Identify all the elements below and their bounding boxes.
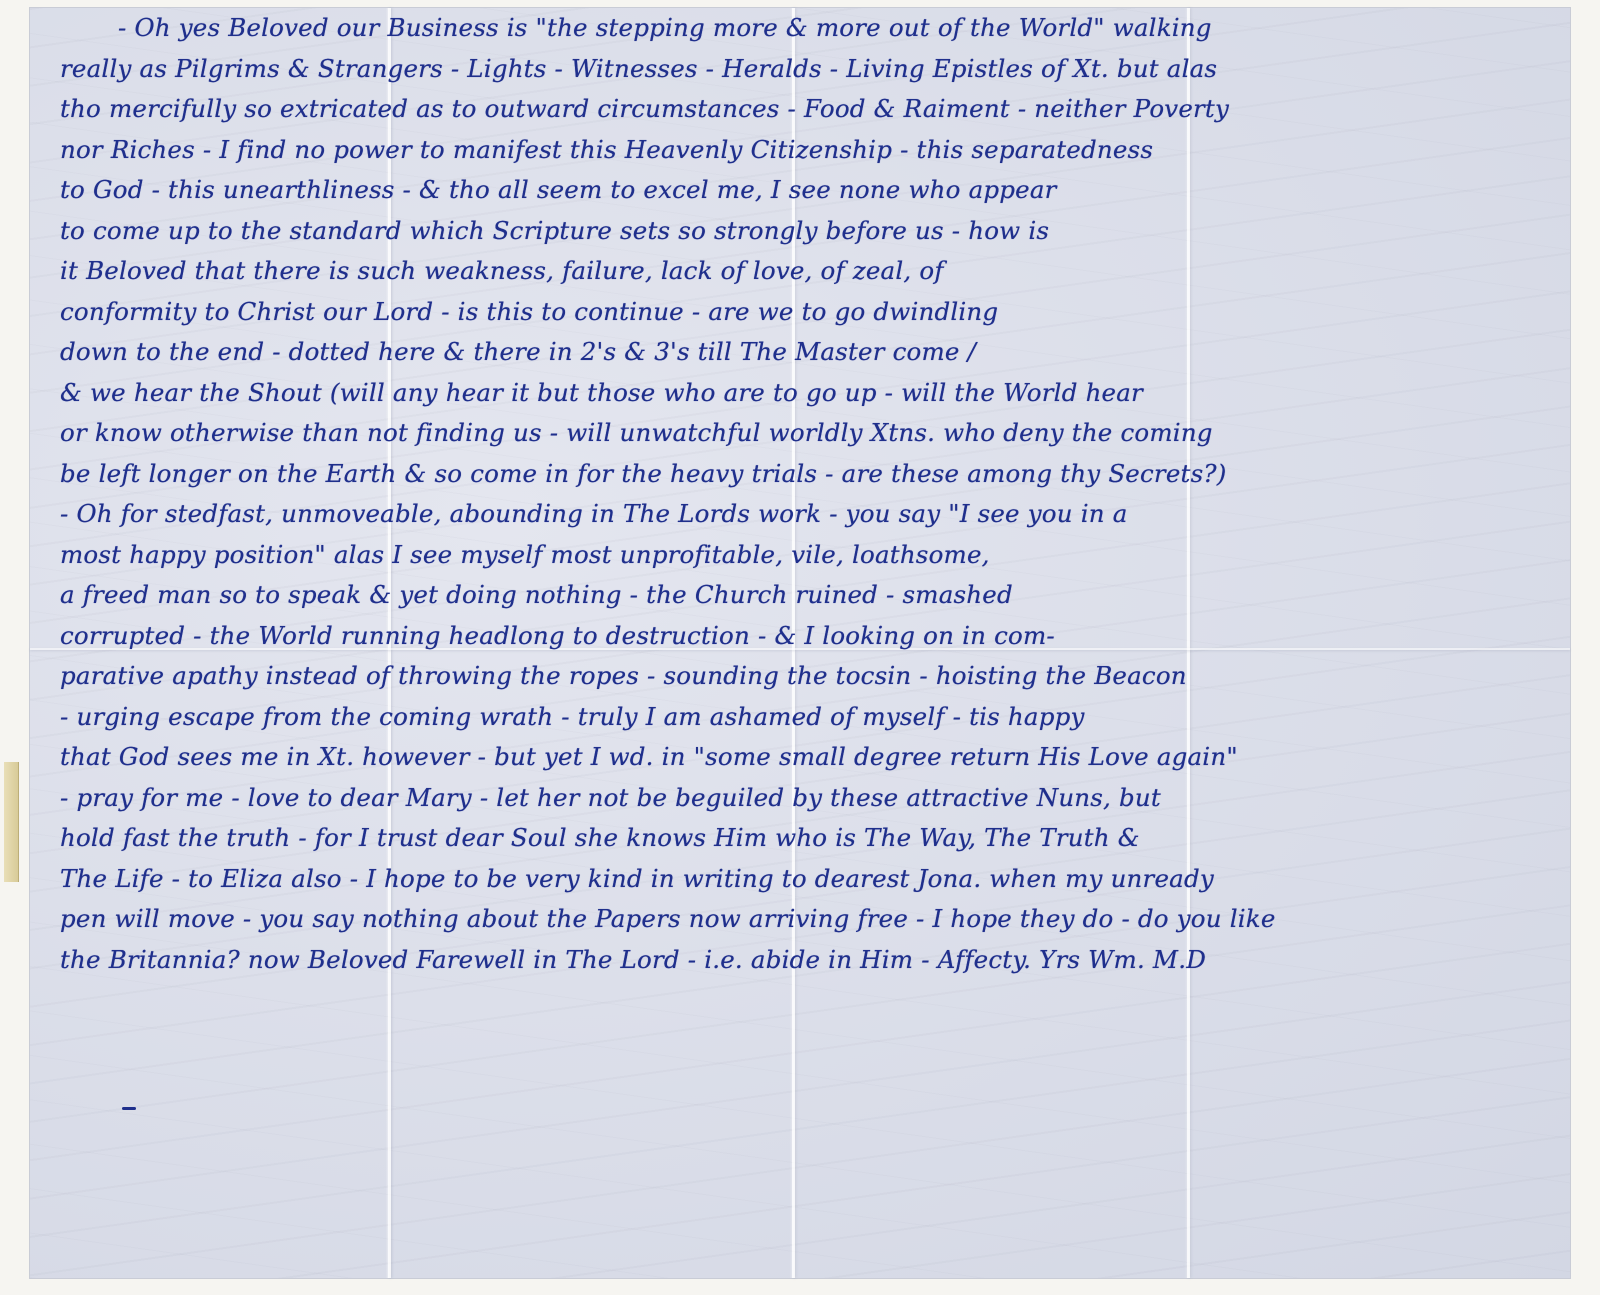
scanned-letter: - Oh yes Beloved our Business is "the st…	[0, 0, 1600, 1295]
letter-line: tho mercifully so extricated as to outwa…	[60, 89, 1555, 130]
letter-line: pen will move - you say nothing about th…	[60, 899, 1555, 940]
letter-line: - Oh for stedfast, unmoveable, abounding…	[60, 494, 1555, 535]
letter-line: The Life - to Eliza also - I hope to be …	[60, 859, 1555, 900]
letter-line: most happy position" alas I see myself m…	[60, 535, 1555, 576]
letter-line: really as Pilgrims & Strangers - Lights …	[60, 49, 1555, 90]
paper-tab-strip	[4, 762, 19, 882]
letter-line: conformity to Christ our Lord - is this …	[60, 292, 1555, 333]
closing-dash-mark	[122, 1107, 136, 1110]
letter-line: the Britannia? now Beloved Farewell in T…	[60, 940, 1555, 981]
letter-line: nor Riches - I find no power to manifest…	[60, 130, 1555, 171]
letter-line: to come up to the standard which Scriptu…	[60, 211, 1555, 252]
letter-line: corrupted - the World running headlong t…	[60, 616, 1555, 657]
letter-line: be left longer on the Earth & so come in…	[60, 454, 1555, 495]
letter-line: that God sees me in Xt. however - but ye…	[60, 737, 1555, 778]
letter-line: - pray for me - love to dear Mary - let …	[60, 778, 1555, 819]
letter-line: to God - this unearthliness - & tho all …	[60, 170, 1555, 211]
letter-line: or know otherwise than not finding us - …	[60, 413, 1555, 454]
letter-line: a freed man so to speak & yet doing noth…	[60, 575, 1555, 616]
letter-line: down to the end - dotted here & there in…	[60, 332, 1555, 373]
letter-line: - Oh yes Beloved our Business is "the st…	[60, 8, 1555, 49]
letter-line: - urging escape from the coming wrath - …	[60, 697, 1555, 738]
letter-line: it Beloved that there is such weakness, …	[60, 251, 1555, 292]
letter-line: & we hear the Shout (will any hear it bu…	[60, 373, 1555, 414]
letter-body: - Oh yes Beloved our Business is "the st…	[60, 8, 1555, 980]
letter-line: parative apathy instead of throwing the …	[60, 656, 1555, 697]
letter-line: hold fast the truth - for I trust dear S…	[60, 818, 1555, 859]
